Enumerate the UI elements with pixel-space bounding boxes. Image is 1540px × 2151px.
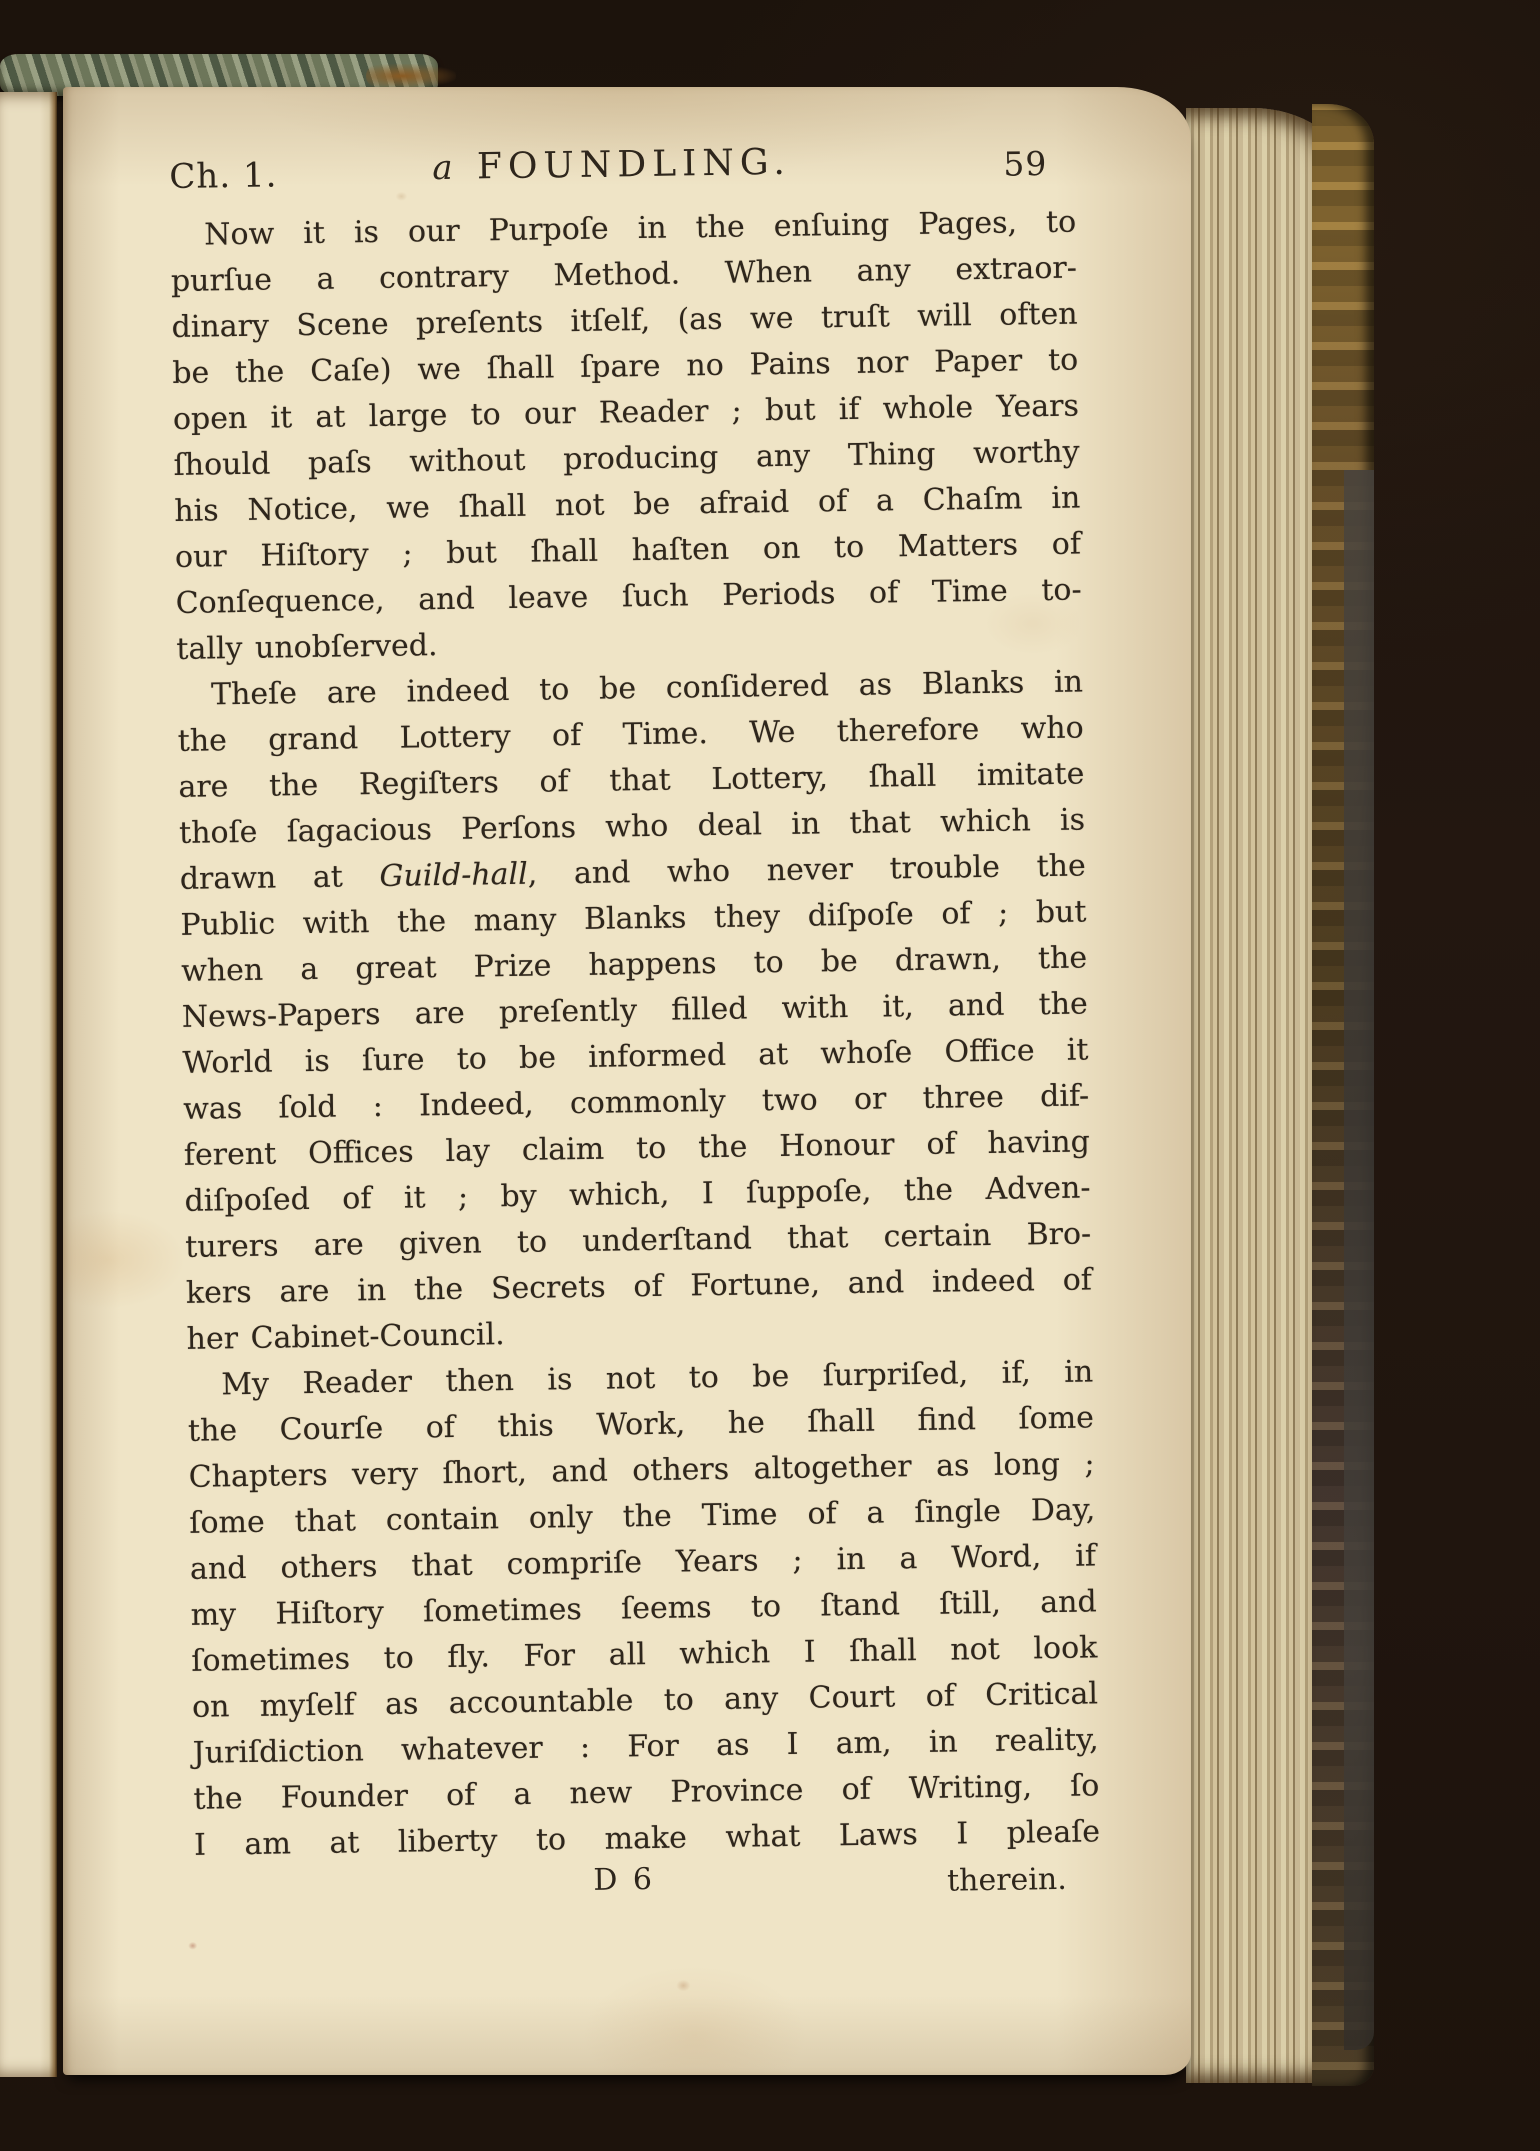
body-text: Now it is our Purpoſe in the enſuing Pag… <box>170 200 1100 1869</box>
page-number: 59 <box>1003 144 1048 184</box>
signature-mark: D 6 <box>593 1862 655 1898</box>
page-title: a FOUNDLING. <box>432 142 791 188</box>
facing-page-edge <box>0 92 57 2077</box>
paragraph: Theſe are indeed to be conſidered as Bla… <box>177 660 1093 1363</box>
paragraph: My Reader then is not to be ſurpriſed, i… <box>187 1349 1100 1868</box>
chapter-label: Ch. 1. <box>169 155 278 197</box>
book-photograph: Ch. 1. a FOUNDLING. 59 Now it is our Pur… <box>0 0 1540 2151</box>
running-header: Ch. 1. a FOUNDLING. 59 <box>169 138 1076 203</box>
book-page: Ch. 1. a FOUNDLING. 59 Now it is our Pur… <box>63 87 1191 2075</box>
catchword: therein. <box>947 1862 1067 1899</box>
headband-rust-stain <box>366 64 456 88</box>
paragraph: Now it is our Purpoſe in the enſuing Pag… <box>170 200 1083 673</box>
printed-text-block: Ch. 1. a FOUNDLING. 59 Now it is our Pur… <box>169 138 1101 1915</box>
binding-strip <box>1344 470 1374 2050</box>
